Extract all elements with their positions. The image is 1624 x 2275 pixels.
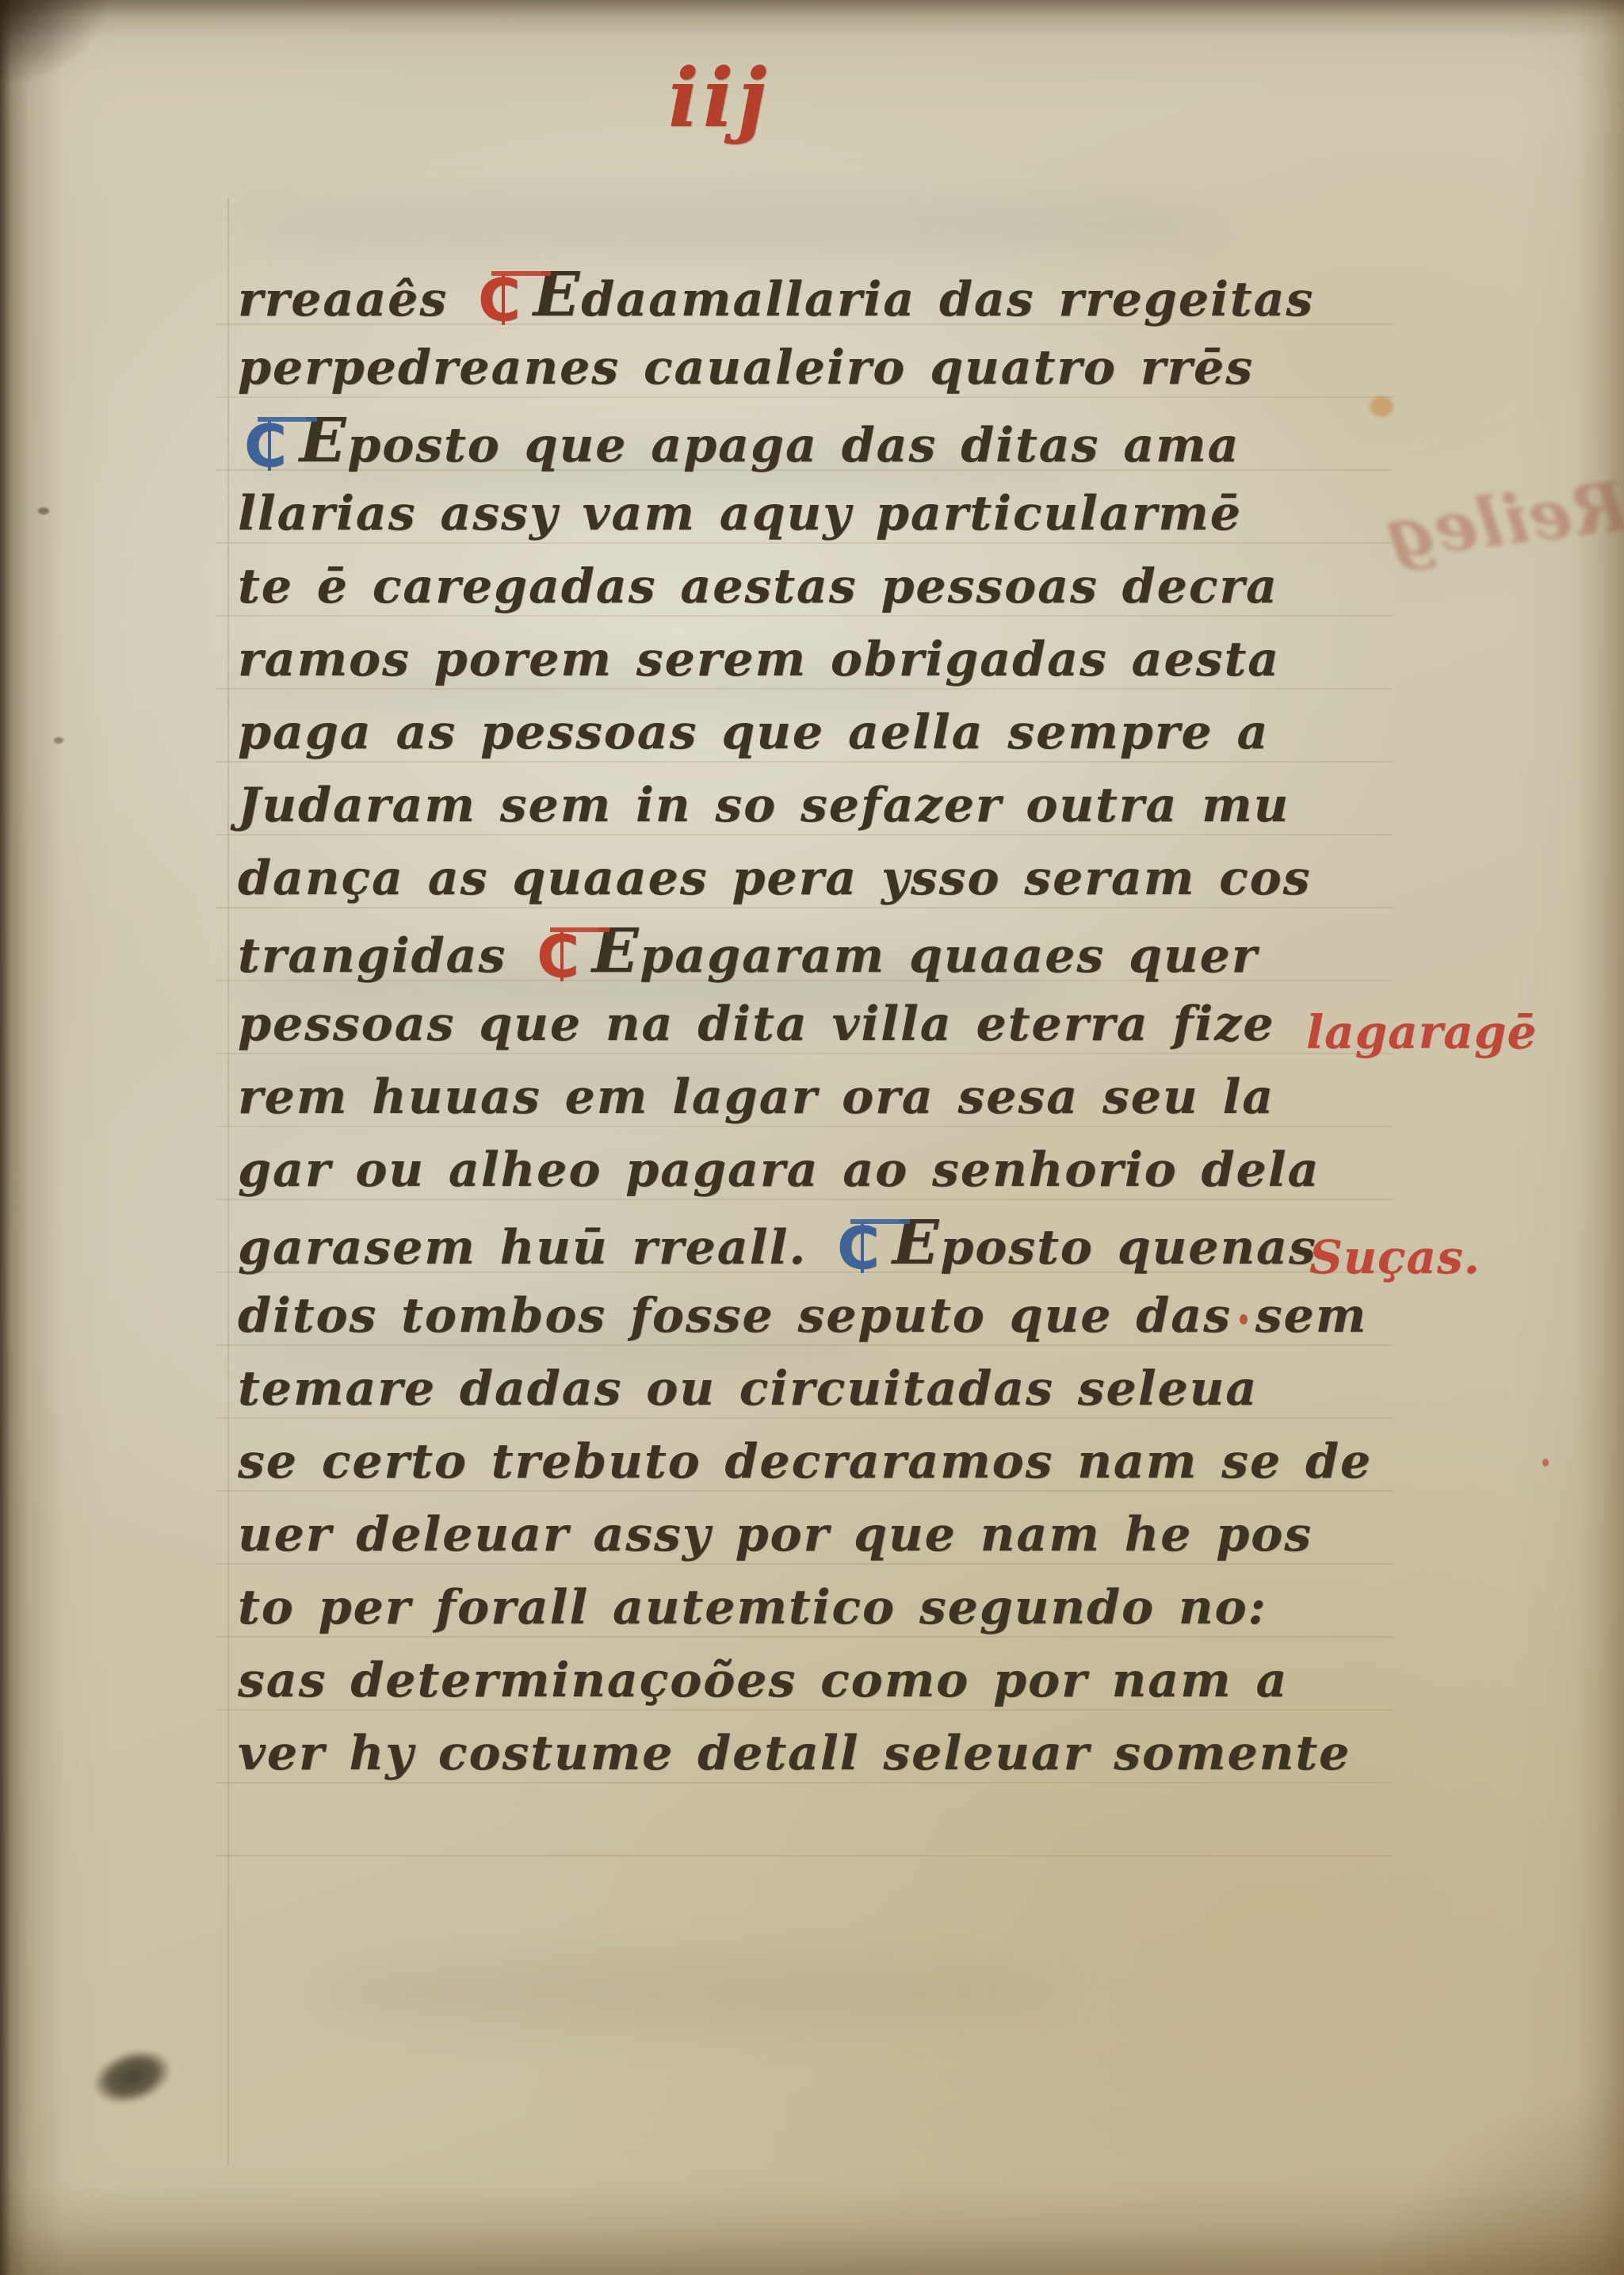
manuscript-line: sas determinaçoões como por nam a bbox=[238, 1644, 1403, 1717]
text-segment: posto que apaga das ditas ama bbox=[347, 418, 1240, 473]
text-segment: garasem huū rreall. bbox=[238, 1220, 831, 1275]
text-segment: daamallaria das rregeitas bbox=[581, 272, 1314, 327]
initial-letter: E bbox=[592, 916, 640, 987]
manuscript-line: Judaram sem in so sefazer outra mu bbox=[238, 769, 1403, 842]
ink-stain-blob bbox=[86, 2040, 179, 2113]
page-edge-shadow-bottom bbox=[0, 2184, 1624, 2275]
margin-note-lagaragem: lagaragē bbox=[1306, 1005, 1537, 1059]
text-segment: llarias assy vam aquy particularmē bbox=[238, 486, 1242, 541]
text-segment: to per forall autemtico segundo no: bbox=[238, 1580, 1267, 1635]
manuscript-line: perpedreanes caualeiro quatro rrēs bbox=[238, 331, 1403, 404]
initial-letter: E bbox=[533, 259, 582, 331]
manuscript-line: rreaaês CEdaamallaria das rregeitas bbox=[238, 258, 1403, 331]
text-segment: temare dadas ou circuitadas seleua bbox=[238, 1361, 1258, 1417]
margin-note-sucas: Suças. bbox=[1309, 1230, 1481, 1284]
manuscript-line: trangidas CEpagaram quaaes quer bbox=[238, 915, 1403, 988]
text-segment: uer deleuar assy por que nam he pos bbox=[238, 1507, 1313, 1562]
manuscript-line: ramos porem serem obrigadas aesta bbox=[238, 623, 1403, 696]
text-block: rreaaês CEdaamallaria das rregeitasperpe… bbox=[238, 258, 1403, 1790]
manuscript-line: temare dadas ou circuitadas seleua bbox=[238, 1352, 1403, 1425]
manuscript-line: te ē caregadas aestas pessoas decra bbox=[238, 550, 1403, 623]
bleed-through-smudge bbox=[317, 1954, 1070, 2029]
red-ink-speck bbox=[1542, 1459, 1549, 1466]
manuscript-line: paga as pessoas que aella sempre a bbox=[238, 696, 1403, 769]
text-segment: ramos porem serem obrigadas aesta bbox=[238, 632, 1280, 687]
page-edge-shadow-top bbox=[0, 0, 1624, 38]
text-segment: te ē caregadas aestas pessoas decra bbox=[238, 559, 1278, 614]
text-segment: paga as pessoas que aella sempre a bbox=[238, 705, 1269, 760]
text-segment: perpedreanes caualeiro quatro rrēs bbox=[238, 340, 1254, 396]
manuscript-line: CEposto que apaga das ditas ama bbox=[238, 404, 1403, 477]
text-segment: dança as quaaes pera ysso seram cos bbox=[238, 851, 1311, 906]
page-edge-shadow-right bbox=[1576, 0, 1624, 2275]
manuscript-line: se certo trebuto decraramos nam se de bbox=[238, 1425, 1403, 1498]
text-segment: rreaaês bbox=[238, 272, 472, 327]
text-segment: Judaram sem in so sefazer outra mu bbox=[238, 778, 1290, 833]
pilcrow-mark-red: C bbox=[478, 272, 521, 330]
manuscript-line: gar ou alheo pagara ao senhorio dela bbox=[238, 1134, 1403, 1206]
page-corner-shadow-bottom-right bbox=[1259, 1990, 1624, 2275]
dark-speck bbox=[38, 507, 49, 514]
pilcrow-mark-blue: C bbox=[244, 418, 287, 476]
folio-number: iij bbox=[668, 51, 770, 146]
text-segment: se certo trebuto decraramos nam se de bbox=[238, 1434, 1372, 1489]
bleed-through-smudge bbox=[238, 198, 1229, 254]
manuscript-line: pessoas que na dita villa eterra fize bbox=[238, 988, 1403, 1061]
manuscript-line: llarias assy vam aquy particularmē bbox=[238, 477, 1403, 550]
pilcrow-mark-blue: C bbox=[837, 1220, 880, 1278]
page-corner-shadow-top-left bbox=[0, 0, 222, 182]
page-edge-shadow-left bbox=[0, 0, 63, 2275]
manuscript-line: garasem huū rreall. CEposto quenas bbox=[238, 1206, 1403, 1279]
text-segment: sas determinaçoões como por nam a bbox=[238, 1653, 1288, 1708]
text-segment: ver hy costume detall seleuar somente bbox=[238, 1726, 1351, 1781]
text-segment: pessoas que na dita villa eterra fize bbox=[238, 996, 1274, 1052]
manuscript-line: rem huuas em lagar ora sesa seu la bbox=[238, 1061, 1403, 1134]
text-segment: trangidas bbox=[238, 928, 530, 984]
manuscript-line: to per forall autemtico segundo no: bbox=[238, 1571, 1403, 1644]
manuscript-line: dança as quaaes pera ysso seram cos bbox=[238, 842, 1403, 915]
text-segment: rem huuas em lagar ora sesa seu la bbox=[238, 1069, 1274, 1125]
vertical-ruling-line bbox=[227, 198, 229, 2164]
dark-speck bbox=[54, 737, 63, 744]
initial-letter: E bbox=[892, 1207, 941, 1279]
initial-letter: E bbox=[300, 405, 348, 476]
text-segment: ditos tombos fosse seputo que das sem bbox=[238, 1288, 1367, 1344]
manuscript-line: ditos tombos fosse seputo que das sem bbox=[238, 1279, 1403, 1352]
text-segment: gar ou alheo pagara ao senhorio dela bbox=[238, 1142, 1320, 1198]
manuscript-line: uer deleuar assy por que nam he pos bbox=[238, 1498, 1403, 1571]
text-segment: posto quenas bbox=[940, 1220, 1316, 1275]
manuscript-page-scan: iij rreaaês CEdaamallaria das rregeitasp… bbox=[0, 0, 1624, 2275]
manuscript-line: ver hy costume detall seleuar somente bbox=[238, 1717, 1403, 1790]
pilcrow-mark-red: C bbox=[537, 928, 579, 986]
text-segment: pagaram quaaes quer bbox=[640, 928, 1258, 984]
